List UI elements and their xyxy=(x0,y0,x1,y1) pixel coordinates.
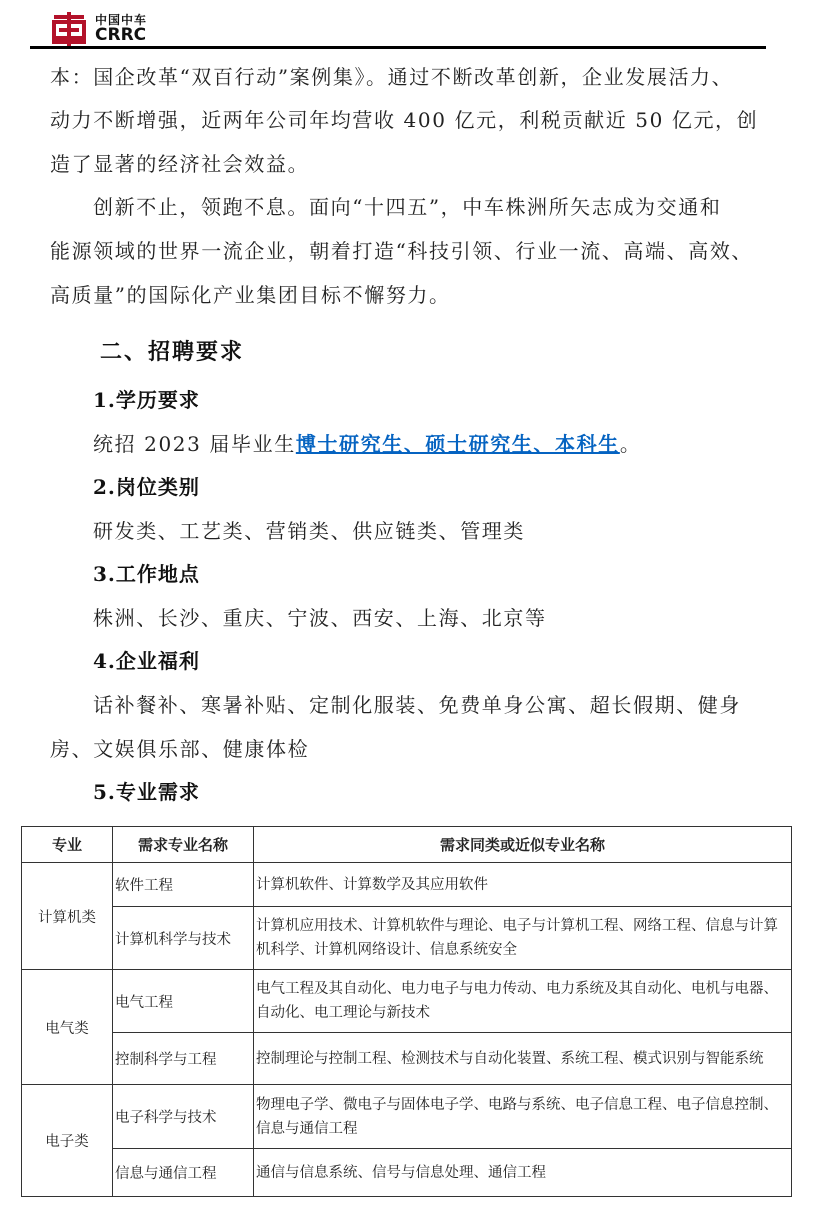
table-row: 计算机科学与技术 计算机应用技术、计算机软件与理论、电子与计算机工程、网络工程、… xyxy=(22,907,792,970)
education-prefix: 统招 2023 届毕业生 xyxy=(93,432,296,456)
similar-majors-cell: 计算机应用技术、计算机软件与理论、电子与计算机工程、网络工程、信息与计算机科学、… xyxy=(254,907,792,970)
locations-heading: 3.工作地点 xyxy=(93,558,200,587)
intro-line: 动力不断增强，近两年公司年均营收 400 亿元，利税贡献近 50 亿元，创 xyxy=(50,104,758,133)
table-row: 电气类 电气工程 电气工程及其自动化、电力电子与电力传动、电力系统及其自动化、电… xyxy=(22,970,792,1033)
table-row: 控制科学与工程 控制理论与控制工程、检测技术与自动化装置、系统工程、模式识别与智… xyxy=(22,1033,792,1085)
category-cell: 电子类 xyxy=(22,1085,113,1197)
benefits-text-line1: 话补餐补、寒暑补贴、定制化服装、免费单身公寓、超长假期、健身 xyxy=(93,689,741,718)
similar-majors-cell: 控制理论与控制工程、检测技术与自动化装置、系统工程、模式识别与智能系统 xyxy=(254,1033,792,1085)
crrc-logo-icon xyxy=(52,12,86,46)
similar-majors-cell: 计算机软件、计算数学及其应用软件 xyxy=(254,863,792,907)
education-heading: 1.学历要求 xyxy=(93,384,200,413)
positions-heading: 2.岗位类别 xyxy=(93,471,200,500)
intro-line: 能源领域的世界一流企业，朝着打造“科技引领、行业一流、高端、高效、 xyxy=(50,235,753,264)
major-cell: 信息与通信工程 xyxy=(113,1149,254,1197)
major-cell: 电气工程 xyxy=(113,970,254,1033)
benefits-heading: 4.企业福利 xyxy=(93,645,200,674)
logo-english-name: CRRC xyxy=(95,27,147,44)
major-cell: 计算机科学与技术 xyxy=(113,907,254,970)
intro-line: 高质量”的国际化产业集团目标不懈努力。 xyxy=(50,279,451,308)
similar-majors-cell: 电气工程及其自动化、电力电子与电力传动、电力系统及其自动化、电机与电器、自动化、… xyxy=(254,970,792,1033)
header-divider xyxy=(30,46,766,49)
majors-heading: 5.专业需求 xyxy=(93,776,200,805)
table-row: 计算机类 软件工程 计算机软件、计算数学及其应用软件 xyxy=(22,863,792,907)
major-cell: 电子科学与技术 xyxy=(113,1085,254,1149)
degree-link[interactable]: 博士研究生、硕士研究生、本科生 xyxy=(296,432,620,456)
benefits-text-line2: 房、文娱俱乐部、健康体检 xyxy=(50,733,309,762)
column-header-major: 需求专业名称 xyxy=(113,827,254,863)
intro-line: 造了显著的经济社会效益。 xyxy=(50,148,309,177)
table-row: 信息与通信工程 通信与信息系统、信号与信息处理、通信工程 xyxy=(22,1149,792,1197)
intro-line: 本：国企改革“双百行动”案例集》。通过不断改革创新，企业发展活力、 xyxy=(50,61,733,90)
education-text: 统招 2023 届毕业生博士研究生、硕士研究生、本科生。 xyxy=(93,428,641,457)
positions-text: 研发类、工艺类、营销类、供应链类、管理类 xyxy=(93,515,525,544)
category-cell: 电气类 xyxy=(22,970,113,1085)
similar-majors-cell: 物理电子学、微电子与固体电子学、电路与系统、电子信息工程、电子信息控制、信息与通… xyxy=(254,1085,792,1149)
education-suffix: 。 xyxy=(620,432,642,456)
crrc-logo: 中国中车 CRRC xyxy=(52,12,147,46)
locations-text: 株洲、长沙、重庆、宁波、西安、上海、北京等 xyxy=(93,602,547,631)
major-requirements-table: 专业 需求专业名称 需求同类或近似专业名称 计算机类 软件工程 计算机软件、计算… xyxy=(21,826,792,1197)
similar-majors-cell: 通信与信息系统、信号与信息处理、通信工程 xyxy=(254,1149,792,1197)
intro-line: 创新不止，领跑不息。面向“十四五”，中车株洲所矢志成为交通和 xyxy=(93,191,721,220)
major-cell: 控制科学与工程 xyxy=(113,1033,254,1085)
column-header-similar: 需求同类或近似专业名称 xyxy=(254,827,792,863)
column-header-category: 专业 xyxy=(22,827,113,863)
table-header-row: 专业 需求专业名称 需求同类或近似专业名称 xyxy=(22,827,792,863)
category-cell: 计算机类 xyxy=(22,863,113,970)
major-cell: 软件工程 xyxy=(113,863,254,907)
table-row: 电子类 电子科学与技术 物理电子学、微电子与固体电子学、电路与系统、电子信息工程… xyxy=(22,1085,792,1149)
section-title: 二、招聘要求 xyxy=(100,335,244,366)
page-header: 中国中车 CRRC xyxy=(30,8,766,48)
